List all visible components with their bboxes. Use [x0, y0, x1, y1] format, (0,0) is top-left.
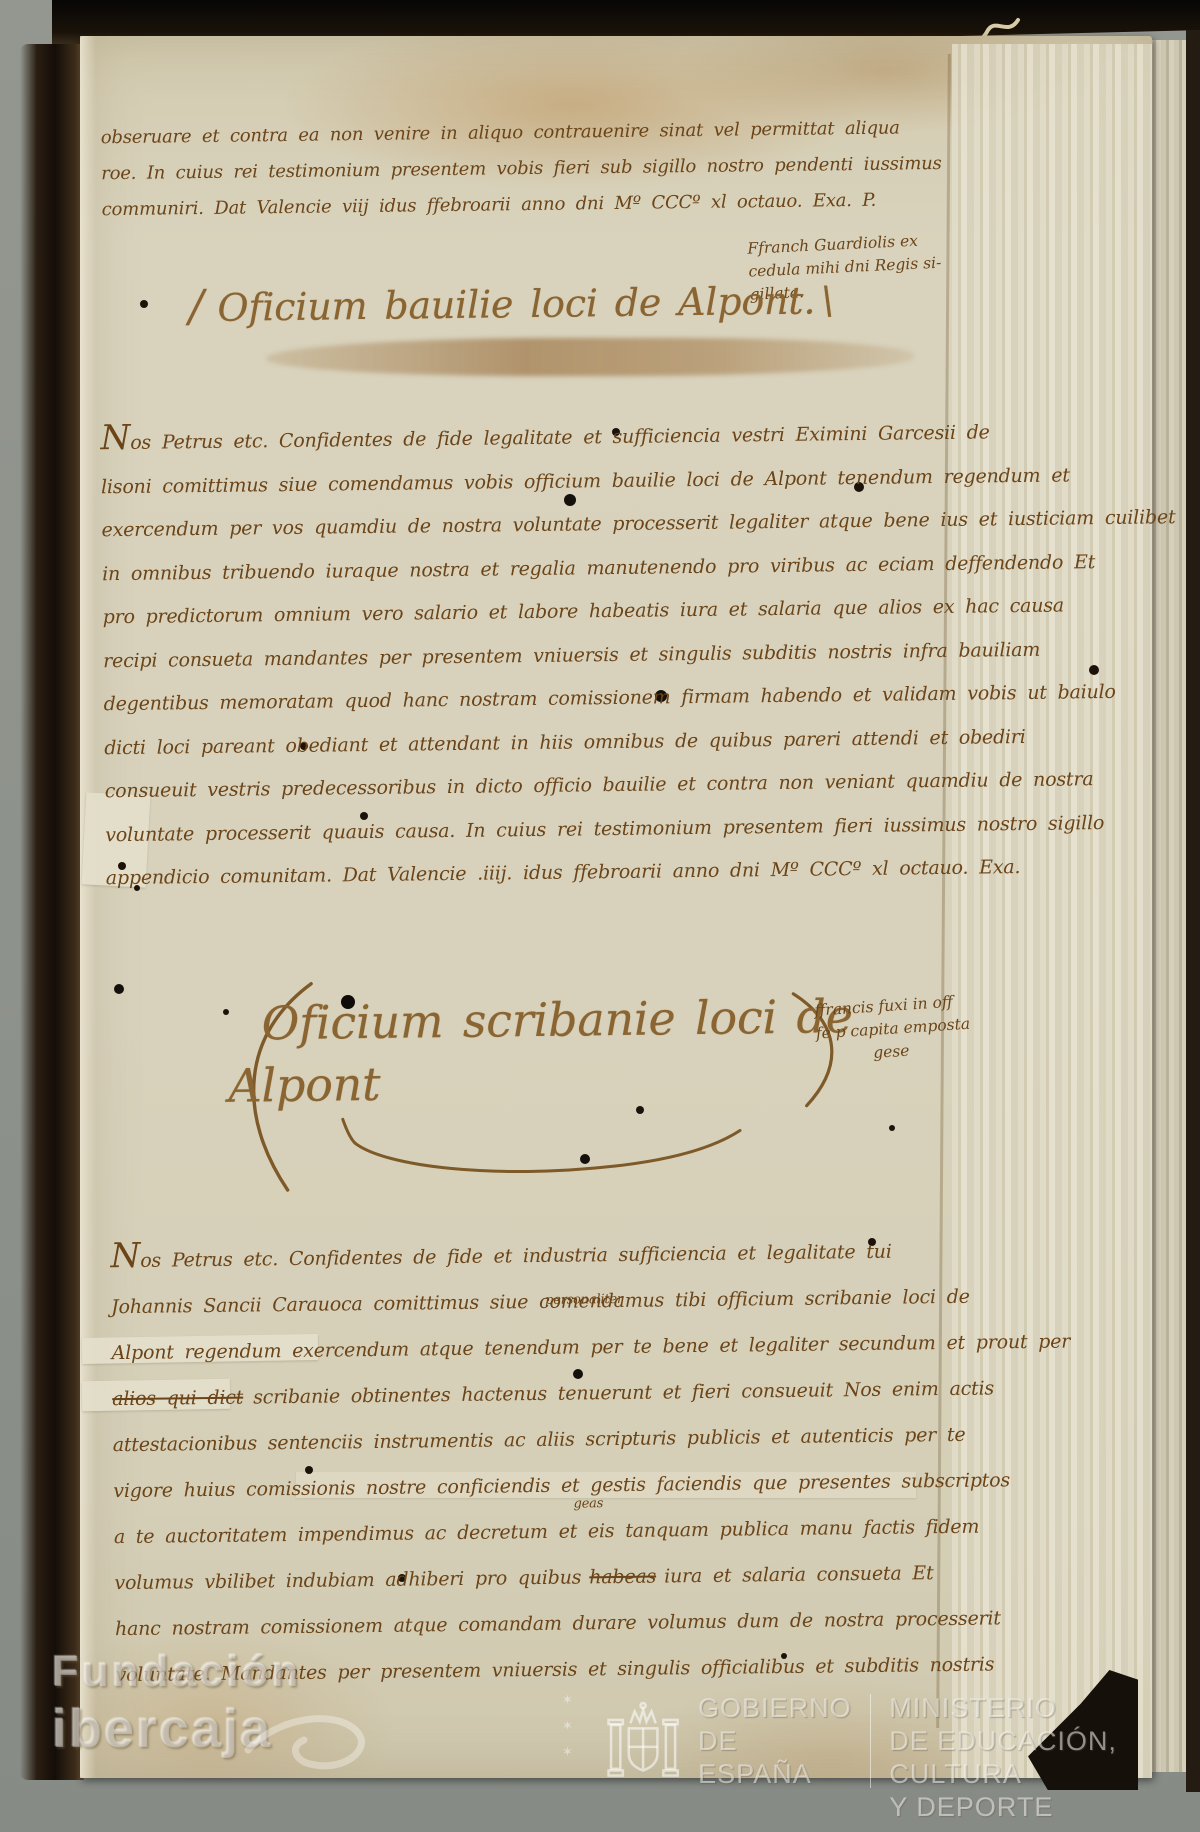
ministerio-label: MINISTERIO DE EDUCACIÓN, CULTURA Y DEPOR… — [889, 1692, 1200, 1824]
interlinear-addition: personaliter — [545, 1292, 623, 1308]
gobierno-line2: DE ESPAÑA — [698, 1725, 852, 1791]
interlinear-addition: geas — [573, 1496, 603, 1511]
book-spine — [20, 44, 84, 1780]
fore-edge-shadow — [1186, 30, 1200, 1792]
ministerio-line3: Y DEPORTE — [889, 1791, 1200, 1824]
photo-stage: obseruare et contra ea non venire in ali… — [0, 0, 1200, 1832]
scribania-commission-paragraph: Nos Petrus etc. Confidentes de fide et i… — [110, 1228, 972, 1698]
government-watermark: GOBIERNO DE ESPAÑA MINISTERIO DE EDUCACI… — [606, 1692, 1200, 1824]
rubric-heading-scribania-line1: Oficium scribanie loci de — [261, 989, 853, 1050]
spain-coat-of-arms-icon — [606, 1692, 680, 1790]
line-text: scribanie obtinentes hactenus tenuerunt … — [253, 1377, 994, 1408]
manuscript-page: obseruare et contra ea non venire in ali… — [80, 36, 1152, 1778]
heading-text: Oficium bauilie loci de Alpont. — [217, 279, 815, 330]
handwriting-layer: obseruare et contra ea non venire in ali… — [78, 23, 1171, 1778]
star-icons: ✶✶✶ — [562, 1688, 573, 1766]
struck-word: habeas — [589, 1566, 656, 1589]
ibercaja-flourish-icon — [242, 1702, 374, 1792]
struck-word: alios qui dict — [112, 1387, 243, 1411]
line-text: iura et salaria consueta Et — [664, 1562, 934, 1587]
ministerio-line2: DE EDUCACIÓN, CULTURA — [889, 1725, 1200, 1791]
paraph-mark: ∕ — [189, 281, 204, 332]
gobierno-label: GOBIERNO DE ESPAÑA — [698, 1692, 852, 1791]
gobierno-line1: GOBIERNO — [698, 1692, 852, 1725]
manuscript-line: appendicio comunitam. Dat Valencie .iiij… — [106, 847, 962, 901]
heading-tail-stroke: \ — [821, 278, 834, 322]
ministerio-line1: MINISTERIO — [889, 1692, 1200, 1725]
watermark-divider — [870, 1694, 872, 1788]
ibercaja-watermark-line1: Fundación — [52, 1646, 301, 1698]
rubric-heading-baiulia: ∕Oficium bauilie loci de Alpont.\ — [189, 273, 835, 332]
rubric-heading-scribania-line2: Alpont — [228, 1057, 381, 1113]
baiulia-commission-paragraph: Nos Petrus etc. Confidentes de fide lega… — [100, 412, 962, 901]
closing-lines-block: obseruare et contra ea non venire in ali… — [101, 110, 948, 228]
line-text: volumus vbilibet indubiam adhiberi pro q… — [114, 1566, 581, 1594]
marginal-note-2: ffrancis fuxi in off fe p capita emposta… — [814, 990, 973, 1069]
